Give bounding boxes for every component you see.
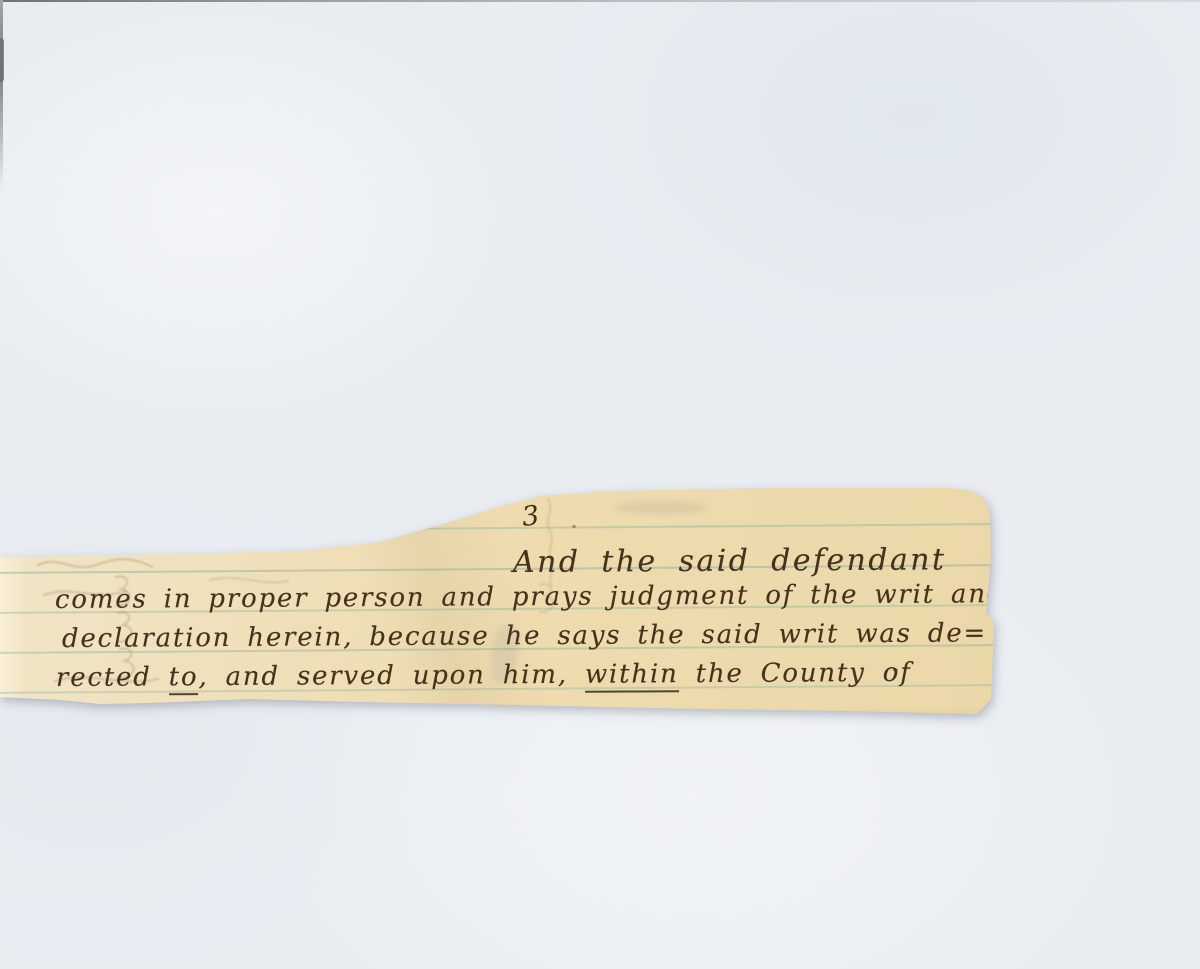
faint-smudge: [615, 501, 707, 514]
handwriting-segment: declaration herein, because he says the …: [62, 618, 987, 654]
handwriting-segment: within: [585, 659, 679, 693]
photo-left-edge: [0, 0, 3, 190]
handwriting-segment: rected: [56, 662, 169, 693]
handwriting-line: rected to, and served upon him, within t…: [56, 658, 912, 693]
ink-fleck: [572, 525, 576, 528]
handwriting-segment: the County of: [678, 658, 911, 689]
handwriting-line: declaration herein, because he says the …: [62, 618, 987, 654]
manuscript-strip: 3 And the said defendant comes in proper…: [0, 485, 1000, 720]
top-ink-mark: 3: [520, 500, 541, 533]
handwriting-line: And the said defendant: [513, 542, 947, 580]
manuscript-strip-shadow: 3 And the said defendant comes in proper…: [0, 485, 1000, 720]
photo-left-edge-mark: [0, 38, 4, 82]
handwriting-segment: to: [169, 662, 199, 695]
photo-top-edge: [0, 0, 1200, 2]
handwriting-line: comes in proper person and prays judgmen…: [55, 579, 1005, 615]
handwriting-segment: , and served upon him,: [198, 660, 585, 692]
handwriting-segment: And the said defendant: [513, 542, 947, 580]
handwriting-segment: comes in proper person and prays judgmen…: [55, 579, 1005, 615]
